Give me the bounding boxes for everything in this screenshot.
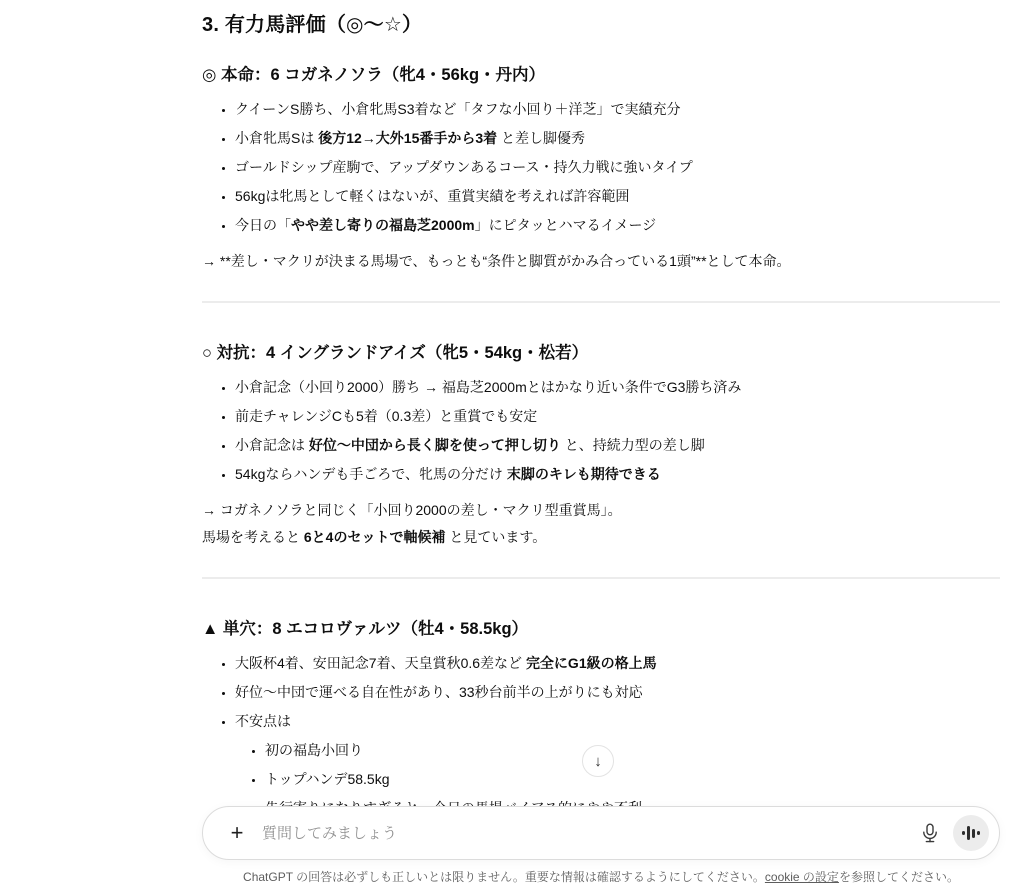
disclaimer-footer: ChatGPT の回答は必ずしも正しいとは限りません。重要な情報は確認するように… <box>202 868 1000 885</box>
bullet-item: トップハンデ58.5kg <box>265 769 1000 789</box>
bullet-item: 小倉牝馬Sは 後方12→大外15番手から3着 と差し脚優秀 <box>235 128 1000 148</box>
chat-input[interactable] <box>262 825 913 842</box>
voice-mode-button[interactable] <box>953 815 989 851</box>
bullet-item: 56kgは牝馬として軽くはないが、重賞実績を考えれば許容範囲 <box>235 186 1000 206</box>
voice-waveform-icon <box>962 831 965 835</box>
message-section: ▲ 単穴：8 エコロヴァルツ（牡4・58.5kg）大阪杯4着、安田記念7着、天皇… <box>202 615 1000 818</box>
arrow-down-icon: ↓ <box>594 753 602 770</box>
bullet-list: クイーンS勝ち、小倉牝馬S3着など「タフな小回り＋洋芝」で実績充分小倉牝馬Sは … <box>202 99 1000 235</box>
bullet-item: 前走チャレンジCも5着（0.3差）と重賞でも安定 <box>235 406 1000 426</box>
bullet-item: クイーンS勝ち、小倉牝馬S3着など「タフな小回り＋洋芝」で実績充分 <box>235 99 1000 119</box>
bullet-item: 不安点は初の福島小回りトップハンデ58.5kg先行寄りになりすぎると、今日の馬場… <box>235 711 1000 818</box>
disclaimer-text: ChatGPT の回答は必ずしも正しいとは限りません。重要な情報は確認するように… <box>243 870 765 884</box>
bullet-item: ゴールドシップ産駒で、アップダウンあるコース・持久力戦に強いタイプ <box>235 157 1000 177</box>
bullet-list: 小倉記念（小回り2000）勝ち → 福島芝2000mとはかなり近い条件でG3勝ち… <box>202 377 1000 484</box>
section-heading: ○ 対抗：4 イングランドアイズ（牝5・54kg・松若） <box>202 339 1000 363</box>
cookie-settings-link[interactable]: cookie の設定 <box>765 870 839 884</box>
scroll-down-button[interactable]: ↓ <box>582 745 614 777</box>
microphone-icon <box>921 823 939 844</box>
attach-button[interactable]: + <box>221 817 253 849</box>
section-heading: ▲ 単穴：8 エコロヴァルツ（牡4・58.5kg） <box>202 615 1000 639</box>
bullet-item: 大阪杯4着、安田記念7着、天皇賞秋0.6差など 完全にG1級の格上馬 <box>235 653 1000 673</box>
bullet-item: 54kgならハンデも手ごろで、牝馬の分だけ 末脚のキレも期待できる <box>235 464 1000 484</box>
bullet-item: 小倉記念は 好位～中団から長く脚を使って押し切り と、持続力型の差し脚 <box>235 435 1000 455</box>
conclusion-paragraph: → コガネノソラと同じく「小回り2000の差し・マクリ型重賞馬」。 <box>202 497 1000 523</box>
message-sections: ◎ 本命：6 コガネノソラ（牝4・56kg・丹内）クイーンS勝ち、小倉牝馬S3着… <box>202 61 1000 818</box>
bullet-item: 好位～中団で運べる自在性があり、33秒台前半の上がりにも対応 <box>235 682 1000 702</box>
assistant-message: 3. 有力馬評価（◎～☆） ◎ 本命：6 コガネノソラ（牝4・56kg・丹内）ク… <box>202 0 1000 827</box>
section-divider <box>202 301 1000 303</box>
chatgpt-page: 3. 有力馬評価（◎～☆） ◎ 本命：6 コガネノソラ（牝4・56kg・丹内）ク… <box>0 0 1024 894</box>
message-section: ◎ 本命：6 コガネノソラ（牝4・56kg・丹内）クイーンS勝ち、小倉牝馬S3着… <box>202 61 1000 274</box>
dictate-button[interactable] <box>913 816 947 850</box>
disclaimer-suffix: を参照してください。 <box>839 870 959 884</box>
message-title: 3. 有力馬評価（◎～☆） <box>202 8 1000 37</box>
message-section: ○ 対抗：4 イングランドアイズ（牝5・54kg・松若）小倉記念（小回り2000… <box>202 339 1000 550</box>
plus-icon: + <box>231 818 244 848</box>
bullet-list: 大阪杯4着、安田記念7着、天皇賞秋0.6差など 完全にG1級の格上馬好位～中団で… <box>202 653 1000 818</box>
composer: + <box>202 806 1000 860</box>
section-divider <box>202 577 1000 579</box>
conclusion-paragraph: → **差し・マクリが決まる馬場で、もっとも“条件と脚質がかみ合っている1頭”*… <box>202 248 1000 274</box>
bullet-item: 初の福島小回り <box>265 740 1000 760</box>
bullet-item: 今日の「やや差し寄りの福島芝2000m」にピタッとハマるイメージ <box>235 215 1000 235</box>
bullet-item: 小倉記念（小回り2000）勝ち → 福島芝2000mとはかなり近い条件でG3勝ち… <box>235 377 1000 397</box>
conclusion-paragraph: 馬場を考えると 6と4のセットで軸候補 と見ています。 <box>202 524 1000 550</box>
section-heading: ◎ 本命：6 コガネノソラ（牝4・56kg・丹内） <box>202 61 1000 85</box>
